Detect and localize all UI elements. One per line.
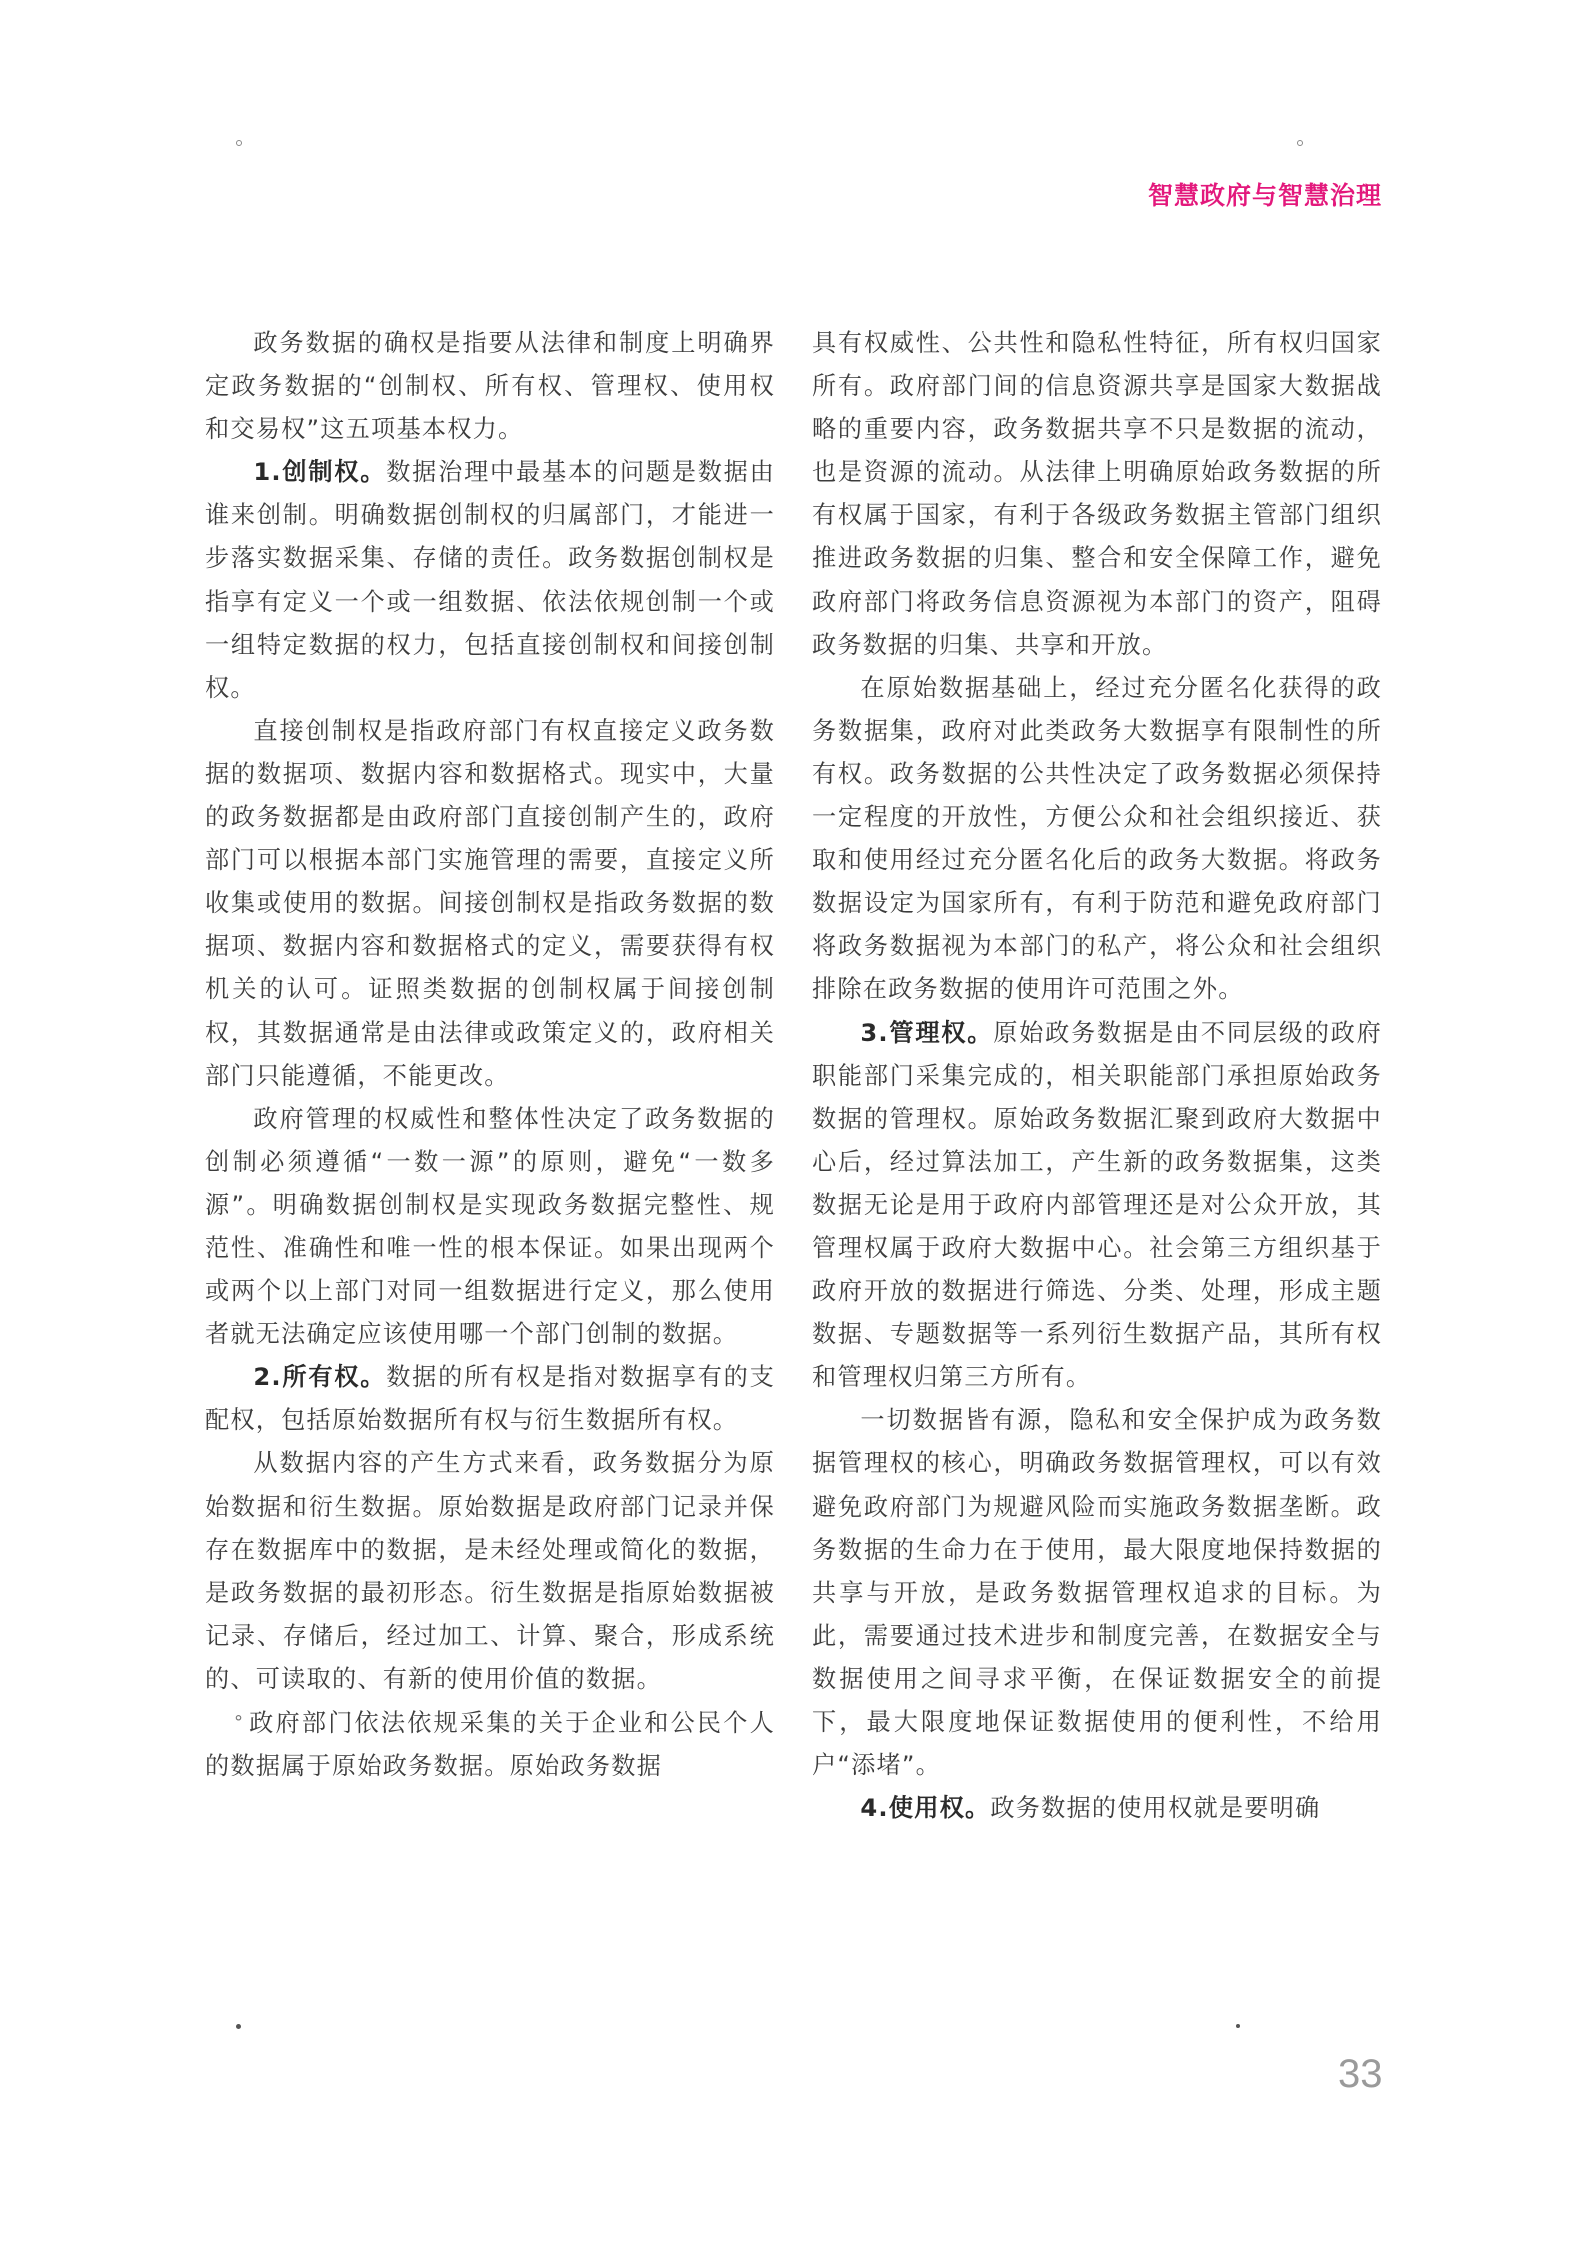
circle-mark-icon: ° — [234, 1712, 244, 1733]
paragraph: 在原始数据基础上，经过充分匿名化获得的政务数据集，政府对此类政务大数据享有限制性… — [812, 667, 1382, 1012]
paragraph-usage-right: 4.使用权。政务数据的使用权就是要明确 — [812, 1787, 1382, 1830]
right-column: 具有权威性、公共性和隐私性特征，所有权归国家所有。政府部门间的信息资源共享是国家… — [812, 322, 1382, 1830]
paragraph: °政府部门依法依规采集的关于企业和公民个人的数据属于原始政务数据。原始政务数据 — [205, 1701, 775, 1788]
page-number: 33 — [1338, 2052, 1383, 2097]
heading-usage-right: 4.使用权。 — [860, 1794, 990, 1822]
bottom-left-dot — [236, 2024, 241, 2029]
paragraph: 具有权威性、公共性和隐私性特征，所有权归国家所有。政府部门间的信息资源共享是国家… — [812, 322, 1382, 667]
section-title: 智慧政府与智慧治理 — [1148, 176, 1382, 212]
paragraph-body: 原始政务数据是由不同层级的政府职能部门采集完成的，相关职能部门承担原始政务数据的… — [812, 1019, 1382, 1392]
heading-management-right: 3.管理权。 — [860, 1019, 993, 1047]
paragraph: 一切数据皆有源，隐私和安全保护成为政务数据管理权的核心，明确政务数据管理权，可以… — [812, 1399, 1382, 1787]
paragraph: 政府管理的权威性和整体性决定了政务数据的创制必须遵循“一数一源”的原则，避免“一… — [205, 1098, 775, 1357]
left-column: 政务数据的确权是指要从法律和制度上明确界定政务数据的“创制权、所有权、管理权、使… — [205, 322, 775, 1788]
paragraph-ownership: 2.所有权。数据的所有权是指对数据享有的支配权，包括原始数据所有权与衍生数据所有… — [205, 1356, 775, 1442]
heading-ownership: 2.所有权。 — [253, 1363, 386, 1391]
paragraph: 从数据内容的产生方式来看，政务数据分为原始数据和衍生数据。原始数据是政府部门记录… — [205, 1442, 775, 1701]
bottom-right-dot — [1236, 2024, 1240, 2028]
paragraph-body: 政府部门依法依规采集的关于企业和公民个人的数据属于原始政务数据。原始政务数据 — [205, 1709, 775, 1780]
paragraph: 直接创制权是指政府部门有权直接定义政务数据的数据项、数据内容和数据格式。现实中，… — [205, 710, 775, 1098]
top-left-dot — [236, 140, 242, 146]
top-right-dot — [1297, 140, 1303, 146]
paragraph-creation-right: 1.创制权。数据治理中最基本的问题是数据由谁来创制。明确数据创制权的归属部门，才… — [205, 451, 775, 710]
paragraph: 政务数据的确权是指要从法律和制度上明确界定政务数据的“创制权、所有权、管理权、使… — [205, 322, 775, 451]
paragraph-body: 政务数据的使用权就是要明确 — [990, 1794, 1320, 1822]
heading-creation-right: 1.创制权。 — [253, 458, 386, 486]
paragraph-management-right: 3.管理权。原始政务数据是由不同层级的政府职能部门采集完成的，相关职能部门承担原… — [812, 1012, 1382, 1400]
paragraph-body: 数据治理中最基本的问题是数据由谁来创制。明确数据创制权的归属部门，才能进一步落实… — [205, 458, 775, 701]
